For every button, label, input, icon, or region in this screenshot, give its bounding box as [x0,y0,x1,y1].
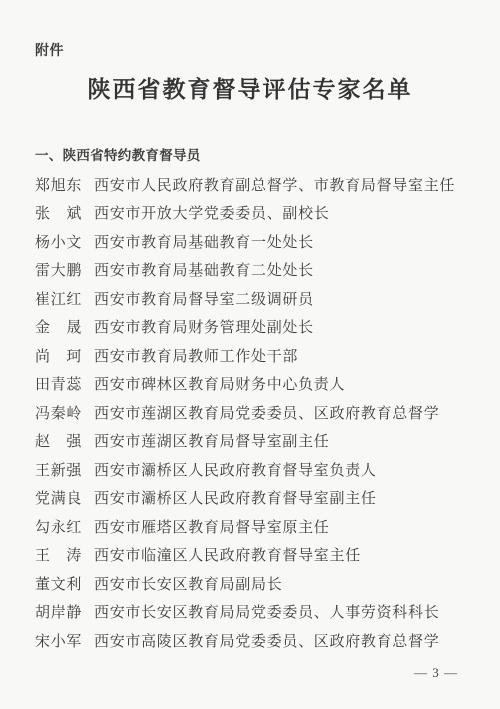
expert-name: 田青蕊 [35,373,84,394]
expert-name: 雷大鹏 [35,259,84,280]
attachment-label: 附件 [35,40,64,60]
expert-position: 西安市教育局基础教育二处处长 [94,259,480,280]
expert-position: 西安市教育局财务管理处副处长 [94,316,480,337]
expert-name: 党满良 [35,487,84,508]
expert-row: 田青蕊 西安市碑林区教育局财务中心负责人 [35,370,480,399]
expert-name: 金 晟 [35,316,84,337]
expert-row: 尚 珂 西安市教育局教师工作处干部 [35,341,480,370]
expert-list: 郑旭东 西安市人民政府教育副总督学、市教育局督导室主任 张 斌 西安市开放大学党… [35,170,480,655]
expert-position: 西安市莲湖区教育局党委委员、区政府教育总督学 [94,402,480,423]
document-page: 附件 陕西省教育督导评估专家名单 一、陕西省特约教育督导员 郑旭东 西安市人民政… [0,0,500,709]
expert-row: 杨小文 西安市教育局基础教育一处处长 [35,227,480,256]
page-number: — 3 — [414,665,458,681]
expert-position: 西安市碑林区教育局财务中心负责人 [94,373,480,394]
expert-position: 西安市教育局基础教育一处处长 [94,231,480,252]
expert-row: 胡岸静 西安市长安区教育局局党委委员、人事劳资科科长 [35,598,480,627]
expert-row: 郑旭东 西安市人民政府教育副总督学、市教育局督导室主任 [35,170,480,199]
expert-name: 勾永红 [35,516,84,537]
expert-position: 西安市长安区教育局副局长 [94,573,480,594]
expert-name: 王新强 [35,459,84,480]
expert-row: 冯秦岭 西安市莲湖区教育局党委委员、区政府教育总督学 [35,398,480,427]
expert-position: 西安市临潼区人民政府教育督导室主任 [94,544,480,565]
document-title: 陕西省教育督导评估专家名单 [0,71,500,104]
expert-row: 崔江红 西安市教育局督导室二级调研员 [35,284,480,313]
expert-name: 郑旭东 [35,174,84,195]
expert-row: 王 涛 西安市临潼区人民政府教育督导室主任 [35,541,480,570]
expert-row: 董文利 西安市长安区教育局副局长 [35,569,480,598]
expert-position: 西安市教育局督导室二级调研员 [94,288,480,309]
expert-position: 西安市灞桥区人民政府教育督导室副主任 [94,487,480,508]
expert-row: 赵 强 西安市莲湖区教育局督导室副主任 [35,427,480,456]
expert-position: 西安市灞桥区人民政府教育督导室负责人 [94,459,480,480]
expert-position: 西安市开放大学党委委员、副校长 [94,202,480,223]
expert-name: 崔江红 [35,288,84,309]
expert-position: 西安市教育局教师工作处干部 [94,345,480,366]
expert-position: 西安市人民政府教育副总督学、市教育局督导室主任 [94,174,480,195]
expert-row: 宋小军 西安市高陵区教育局党委委员、区政府教育总督学 [35,626,480,655]
expert-name: 宋小军 [35,630,84,651]
expert-row: 雷大鹏 西安市教育局基础教育二处处长 [35,256,480,285]
expert-row: 王新强 西安市灞桥区人民政府教育督导室负责人 [35,455,480,484]
expert-name: 张 斌 [35,202,84,223]
expert-name: 王 涛 [35,544,84,565]
section-heading: 一、陕西省特约教育督导员 [35,144,201,164]
expert-name: 赵 强 [35,430,84,451]
expert-row: 党满良 西安市灞桥区人民政府教育督导室副主任 [35,484,480,513]
expert-position: 西安市莲湖区教育局督导室副主任 [94,430,480,451]
expert-row: 张 斌 西安市开放大学党委委员、副校长 [35,199,480,228]
expert-row: 金 晟 西安市教育局财务管理处副处长 [35,313,480,342]
expert-name: 董文利 [35,573,84,594]
expert-name: 尚 珂 [35,345,84,366]
expert-row: 勾永红 西安市雁塔区教育局督导室原主任 [35,512,480,541]
expert-name: 胡岸静 [35,601,84,622]
expert-position: 西安市雁塔区教育局督导室原主任 [94,516,480,537]
expert-position: 西安市高陵区教育局党委委员、区政府教育总督学 [94,630,480,651]
expert-name: 冯秦岭 [35,402,84,423]
expert-position: 西安市长安区教育局局党委委员、人事劳资科科长 [94,601,480,622]
expert-name: 杨小文 [35,231,84,252]
